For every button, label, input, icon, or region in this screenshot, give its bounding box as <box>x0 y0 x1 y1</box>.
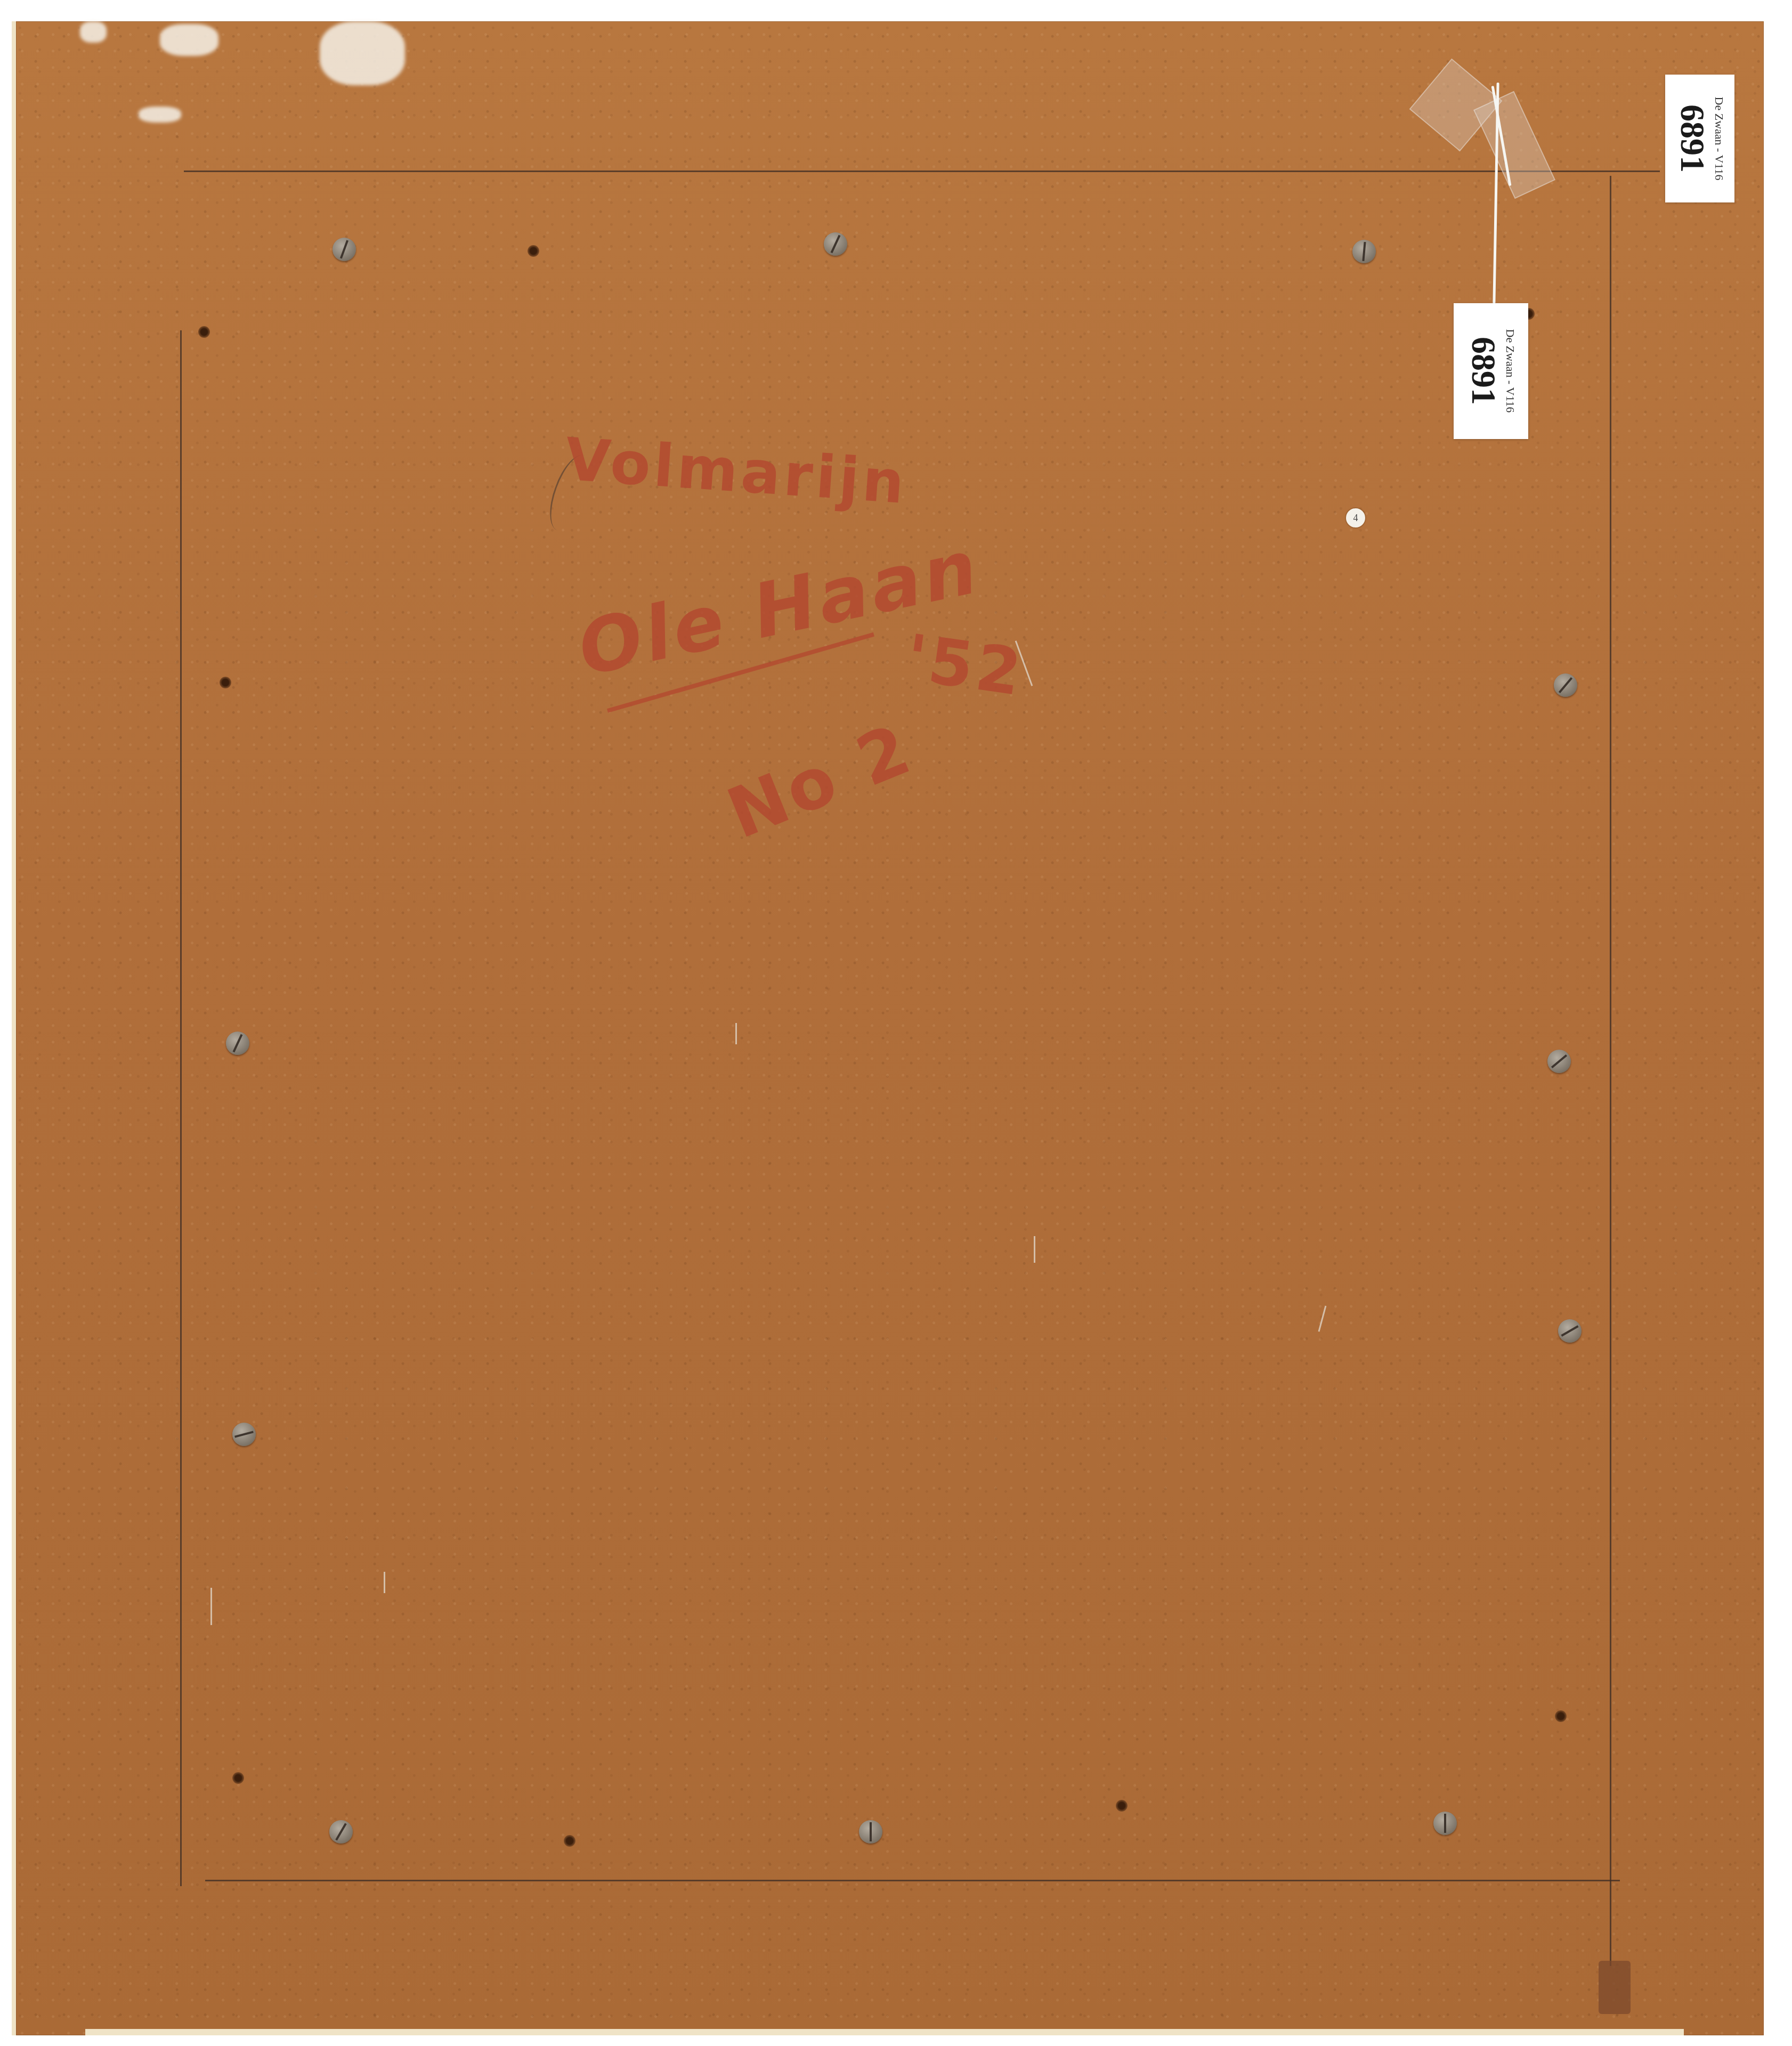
lot-sublabel: De Zwaan - V116 <box>1712 96 1725 180</box>
lot-number: 6891 <box>1675 104 1709 173</box>
pencil-line-right <box>1610 176 1611 1966</box>
screw <box>1558 1319 1582 1343</box>
dark-tab-mark <box>1599 1961 1631 2014</box>
screw <box>1433 1812 1457 1835</box>
pencil-line-bottom <box>205 1880 1620 1881</box>
screw <box>226 1032 249 1055</box>
screw-hole <box>1555 1710 1567 1722</box>
paint-smear <box>160 24 218 56</box>
scratch <box>735 1023 737 1044</box>
lot-label-tag: 6891 De Zwaan - V116 <box>1454 303 1528 439</box>
sticker-glyph: 4 <box>1346 508 1365 527</box>
paint-smear <box>80 21 107 43</box>
screw <box>1547 1050 1571 1073</box>
lot-label-large: 6891 De Zwaan - V116 <box>1665 75 1734 202</box>
paint-smear <box>139 107 181 123</box>
screw-hole <box>220 677 231 688</box>
screw-hole <box>528 245 539 257</box>
round-sticker: 4 <box>1346 508 1365 527</box>
screw-hole <box>198 326 210 338</box>
screw-hole <box>564 1835 575 1847</box>
screw <box>232 1423 256 1446</box>
screw <box>1352 240 1376 263</box>
pencil-line-top <box>184 170 1660 172</box>
lot-sublabel: De Zwaan - V116 <box>1503 329 1516 413</box>
lot-number: 6891 <box>1466 337 1500 405</box>
screw <box>333 238 356 261</box>
screw <box>1554 673 1577 697</box>
pencil-line-left <box>180 330 182 1886</box>
scratch <box>1034 1236 1035 1263</box>
screw <box>824 232 847 256</box>
paint-smear <box>320 21 405 85</box>
scratch <box>384 1572 385 1593</box>
screw-hole <box>1116 1800 1128 1812</box>
screw <box>329 1820 353 1844</box>
screw-hole <box>232 1772 244 1784</box>
screw <box>859 1820 882 1844</box>
primed-bottom-edge <box>85 2029 1684 2035</box>
scratch <box>210 1588 212 1625</box>
